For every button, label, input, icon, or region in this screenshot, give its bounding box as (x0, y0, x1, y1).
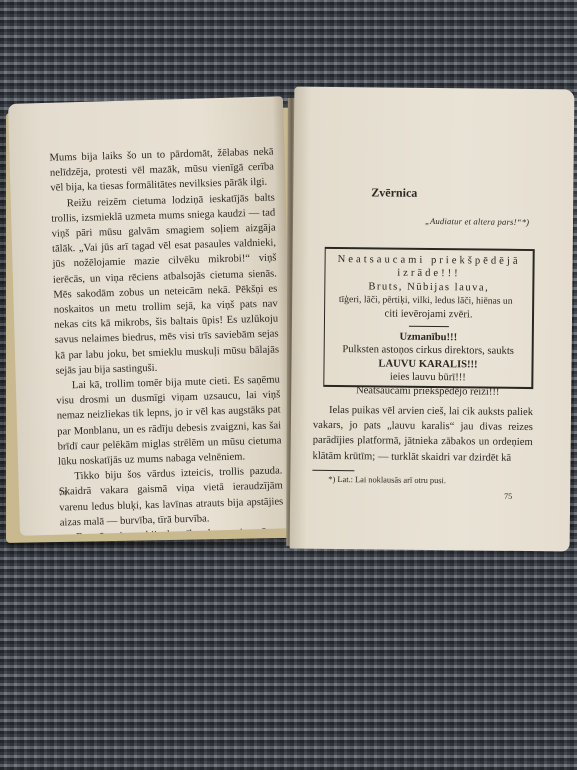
paragraph: Ielas puikas vēl arvien cieš, lai cik au… (312, 403, 533, 466)
epigraph: „Audiatur et altera pars!“*) (425, 216, 529, 227)
page-number-left: 74 (59, 488, 67, 497)
paragraph: Mums bija laiks šo un to pārdomāt, žēlab… (49, 145, 274, 197)
poster-line: Pulksten astoņos cirkus direktors, saukt… (329, 343, 528, 358)
poster-line: Neatsaucami priekšpēdējo reizi!!! (328, 384, 527, 399)
paragraph: Reižu reizēm cietuma lodziņā ieskatījās … (51, 190, 280, 379)
footnote: *) Lat.: Lai noklausās arī otru pusi. (328, 475, 446, 485)
poster-line: Neatsaucami priekšpēdējā (330, 253, 529, 268)
poster-line: tīģeri, lāči, pērtiķi, vilki, ledus lāči… (323, 293, 528, 309)
paragraph: Lai kā, trollim tomēr bija mute cieti. E… (56, 372, 282, 469)
page-number-right: 75 (504, 492, 512, 501)
paragraph: Tikko biju šos vārdus izteicis, trollis … (58, 464, 284, 531)
right-page: Zvērnica „Audiatur et altera pars!“*) Ne… (290, 87, 575, 552)
circus-poster-box: Neatsaucami priekšpēdējā izrāde!!! Bruts… (323, 247, 534, 389)
poster-divider (408, 326, 448, 327)
right-page-body: Ielas puikas vēl arvien cieš, lai cik au… (312, 403, 533, 466)
left-page: Mums bija laiks šo un to pārdomāt, žēlab… (8, 96, 295, 536)
poster-line: citi ievērojami zvēri. (329, 307, 528, 322)
chapter-title: Zvērnica (371, 185, 417, 200)
left-page-body: Mums bija laiks šo un to pārdomāt, žēlab… (49, 145, 285, 536)
open-book: Mums bija laiks šo un to pārdomāt, žēlab… (0, 0, 577, 770)
footnote-divider (312, 470, 354, 471)
